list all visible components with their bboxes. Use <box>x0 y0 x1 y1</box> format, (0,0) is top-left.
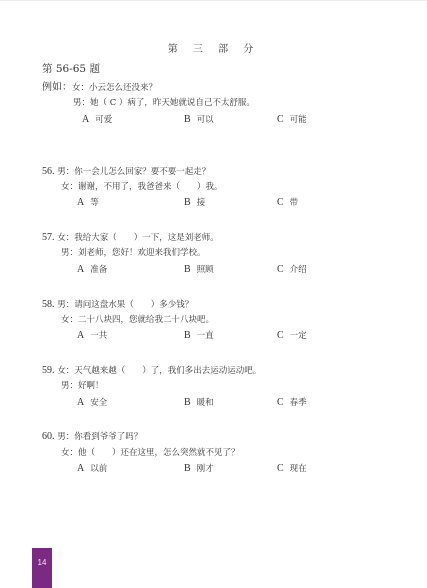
question-line-2: 女：他（ ）还在这里，怎么突然就不见了？ <box>61 447 240 459</box>
example-line-2: 男：她（ C ）病了，昨天她就说自己不太舒服。 <box>73 97 255 109</box>
question-line-1: 57. 女：我给大家（ ）一下，这是刘老师。 <box>42 232 219 244</box>
option-b: B刚才 <box>184 463 214 475</box>
question-number: 58. <box>42 299 55 310</box>
page-number-tab: 14 <box>32 548 52 588</box>
question-line-2: 男：好啊！ <box>61 380 104 392</box>
option-a: A等 <box>77 197 99 209</box>
option-b: B一直 <box>184 330 214 342</box>
question-line-1: 60. 男：你看到爷爷了吗？ <box>42 431 142 443</box>
question-number: 57. <box>42 232 55 243</box>
option-b: B接 <box>184 197 205 209</box>
question-line-2: 女：谢谢，不用了，我爸爸来（ ）我。 <box>61 181 223 193</box>
option-c: C带 <box>277 197 298 209</box>
option-c: C介绍 <box>277 264 307 276</box>
option-a: A安全 <box>77 397 107 409</box>
top-border <box>0 0 427 1</box>
question-number: 59. <box>42 365 55 376</box>
question-line-1: 56. 男：你一会儿怎么回家？要不要一起走？ <box>42 166 210 178</box>
option-c: C春季 <box>277 397 307 409</box>
question-line-1: 58. 男：请问这盘水果（ ）多少钱？ <box>42 299 193 311</box>
question-line-2: 女：二十八块四，您就给我二十八块吧。 <box>61 314 214 326</box>
example-label: 例如： <box>42 82 72 93</box>
section-title: 第 三 部 分 <box>0 40 427 55</box>
option-c: C一定 <box>277 330 307 342</box>
question-line-2: 男：刘老师，您好！欢迎来我们学校。 <box>61 247 206 259</box>
question-number: 56. <box>42 166 55 177</box>
option-c: C现在 <box>277 463 307 475</box>
option-a: A准备 <box>77 264 107 276</box>
example-option-c: C可能 <box>277 114 307 126</box>
question-number: 60. <box>42 431 55 442</box>
question-range: 第 56-65 题 <box>42 61 100 76</box>
question-line-1: 59. 女：天气越来越（ ）了，我们多出去运动运动吧。 <box>42 365 261 377</box>
example-line-1: 例如：女：小云怎么还没来？ <box>42 82 157 94</box>
example-option-b: B可以 <box>184 114 214 126</box>
option-a: A一共 <box>77 330 107 342</box>
example-option-a: A可爱 <box>82 114 112 126</box>
option-b: B照顾 <box>184 264 214 276</box>
option-b: B暖和 <box>184 397 214 409</box>
option-a: A以前 <box>77 463 107 475</box>
